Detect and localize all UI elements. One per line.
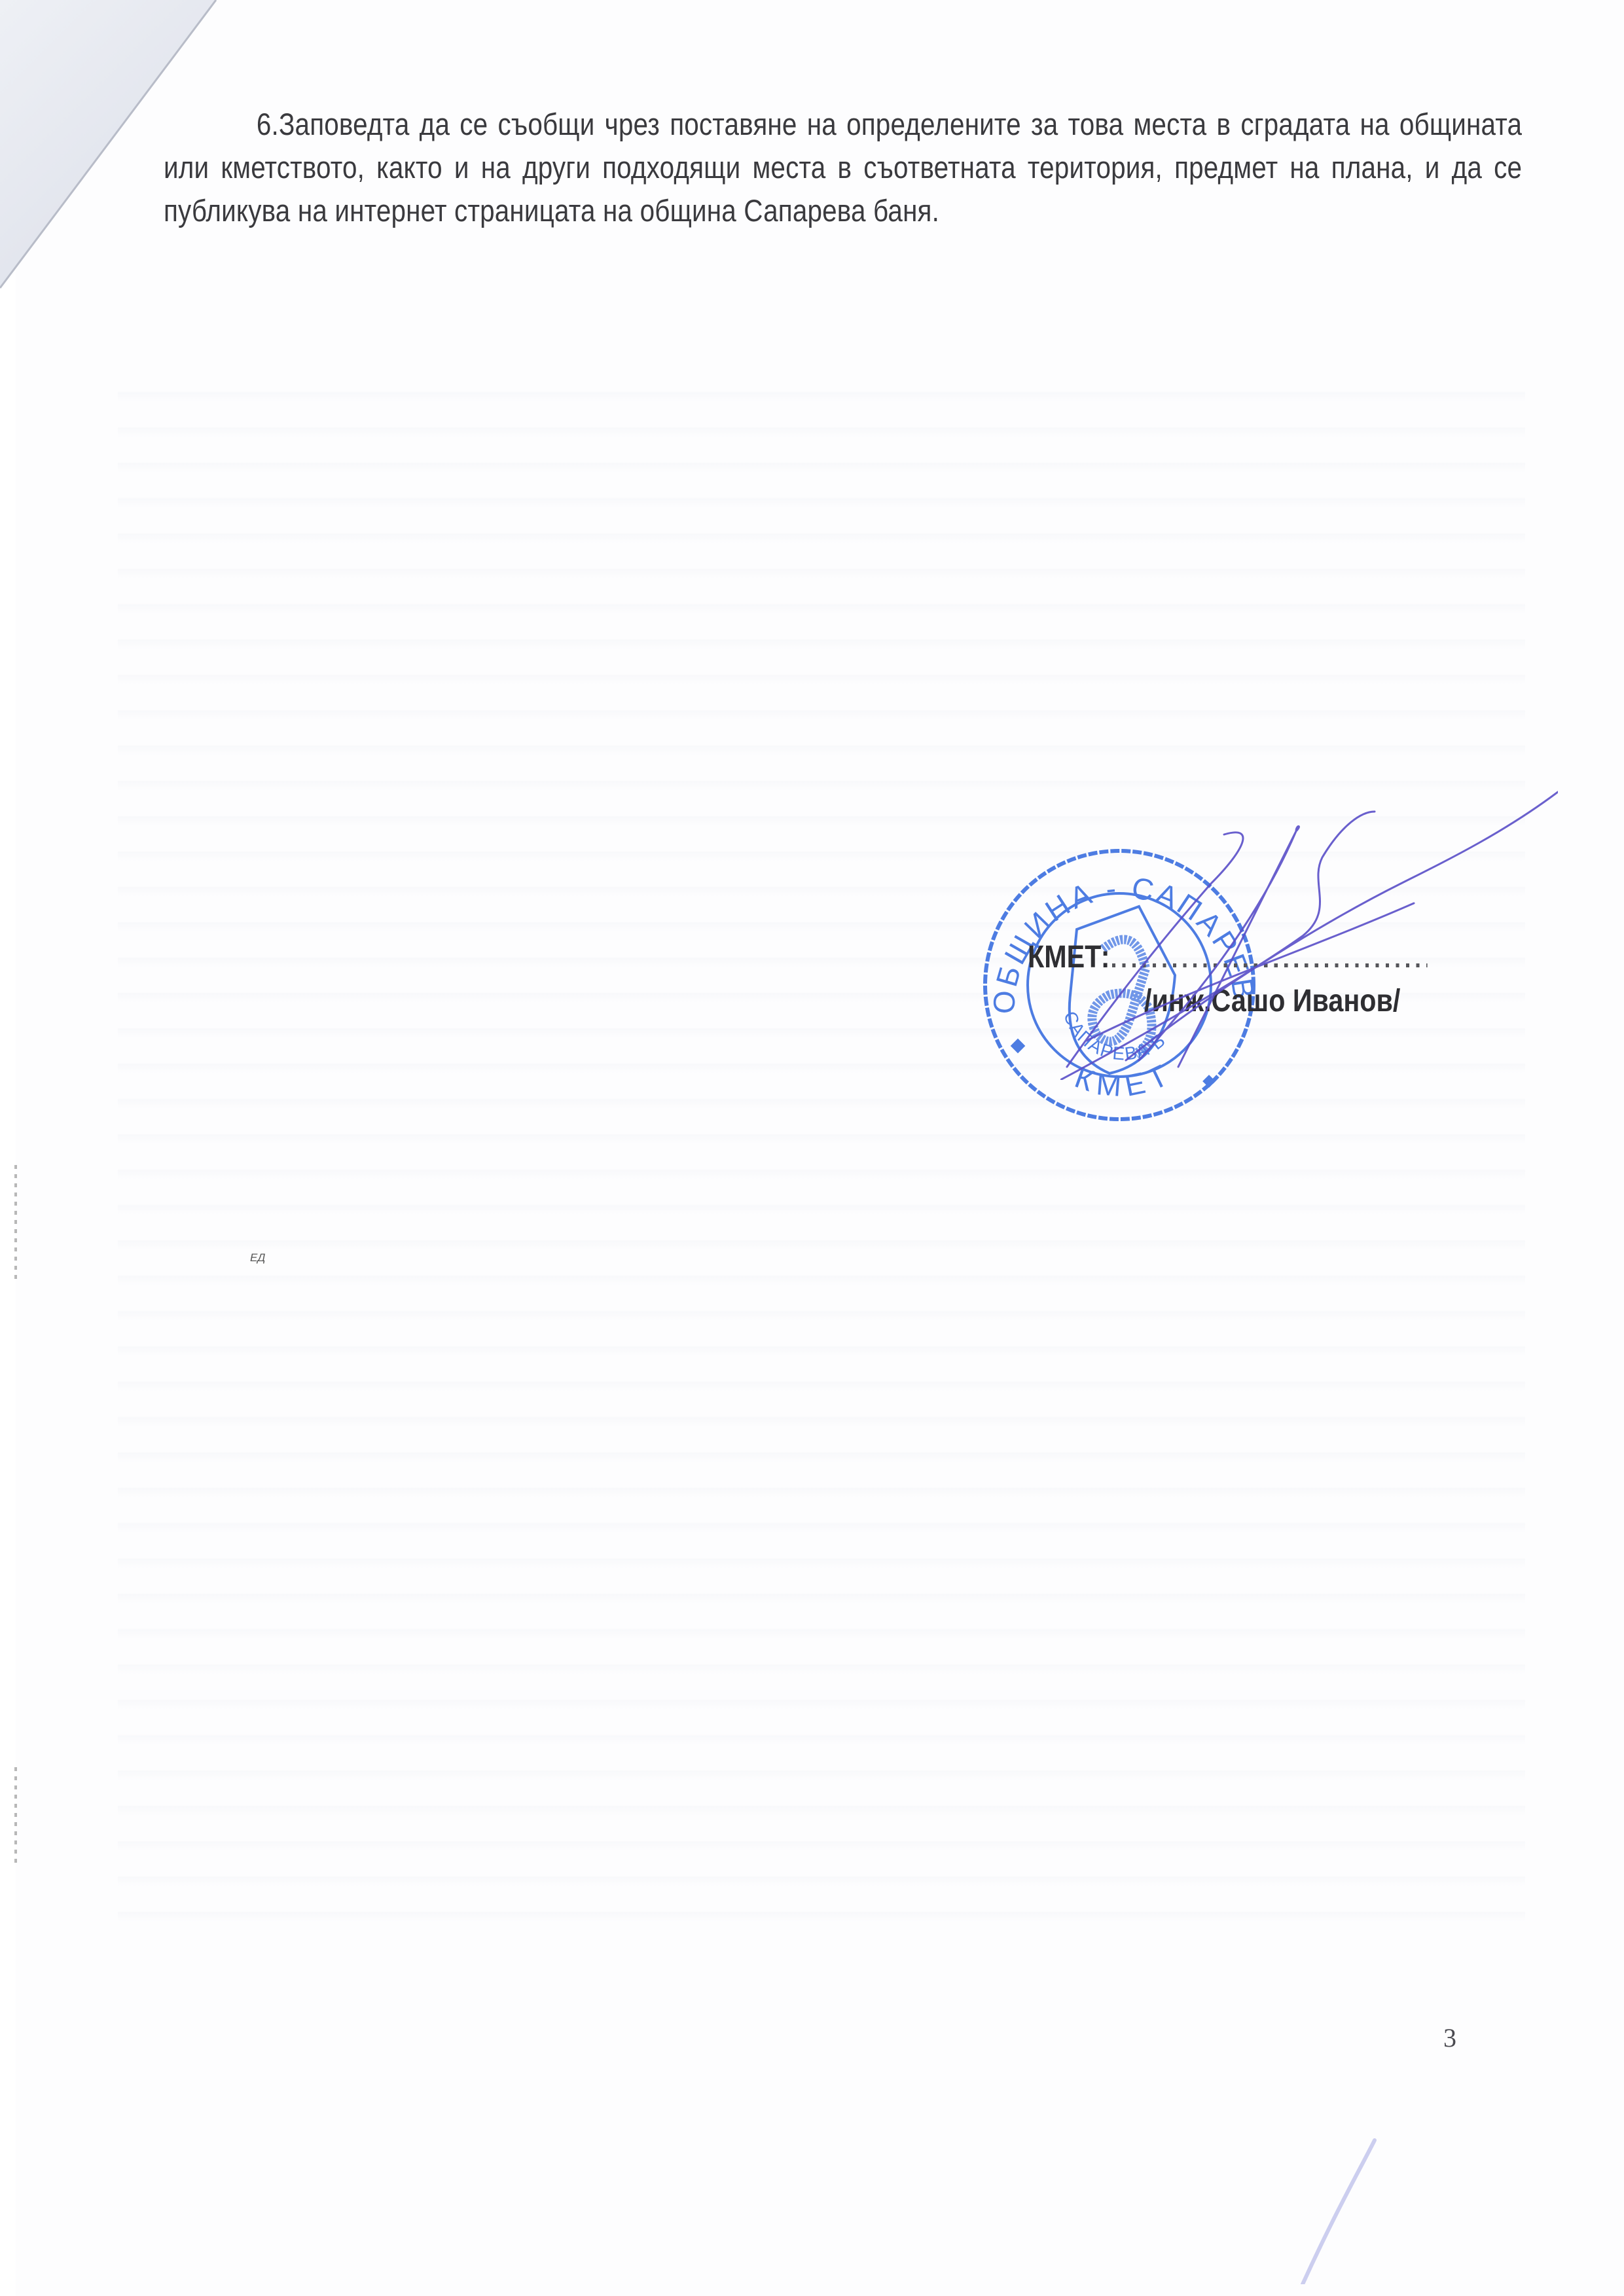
bleed-through-text <box>118 367 1525 1937</box>
handwritten-signature <box>1060 753 1558 1080</box>
paragraph-text: 6.Заповедта да се съобщи чрез поставяне … <box>164 107 1522 228</box>
punch-mark <box>14 1165 17 1283</box>
stray-pen-mark <box>1283 2114 1414 2284</box>
order-paragraph-6: 6.Заповедта да се съобщи чрез поставяне … <box>164 103 1522 232</box>
typist-initials: ЕД <box>250 1251 265 1265</box>
scan-left-border <box>0 0 16 2296</box>
punch-mark <box>14 1767 17 1865</box>
page-number: 3 <box>1443 2022 1456 2053</box>
